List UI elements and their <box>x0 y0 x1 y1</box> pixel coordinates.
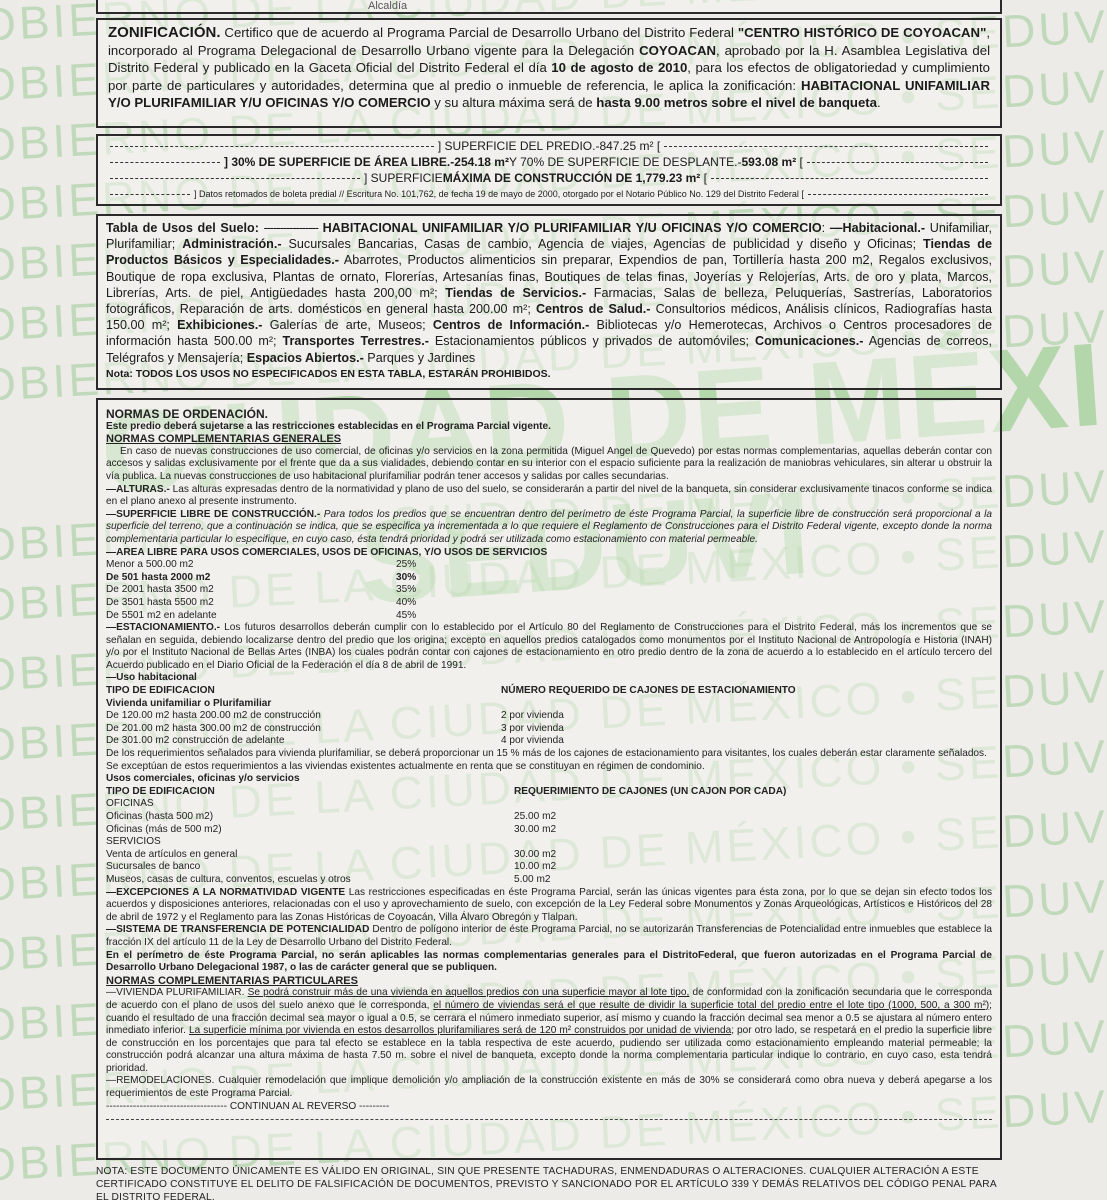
underlined-text: La superficie mínima por vivienda en est… <box>189 1025 731 1036</box>
excepciones-label: —EXCEPCIONES A LA NORMATIVIDAD VIGENTE <box>106 887 345 898</box>
superficie-predio-row: ] SUPERFICIE DEL PREDIO.- 847.25 m² [ <box>106 138 992 154</box>
libre-label: —SUPERFICIE LIBRE DE CONSTRUCCIÓN.- <box>106 509 320 520</box>
table-cell: 4 por vivienda <box>501 735 992 748</box>
comercial-table: OFICINASOficinas (hasta 500 m2)25.00 m2O… <box>106 798 992 886</box>
remod-label: —REMODELACIONES. <box>106 1075 214 1086</box>
table-cell: 3 por vivienda <box>501 723 992 736</box>
table-cell: 35% <box>396 584 992 597</box>
table-cell: De 501 hasta 2000 m2 <box>106 572 396 585</box>
text: . <box>877 95 881 110</box>
continue-label: CONTINUAN AL REVERSO <box>230 1101 356 1112</box>
table-cell: Oficinas (más de 500 m2) <box>106 824 514 837</box>
requerimiento-header: REQUERIMIENTO DE CAJONES (UN CAJON POR C… <box>514 786 992 799</box>
table-cell: De 120.00 m2 hasta 200.00 m2 de construc… <box>106 710 501 723</box>
table-cell: Sucursales de banco <box>106 861 514 874</box>
desplante-value: 593.08 m² <box>741 154 796 170</box>
delegacion-name: COYOACAN <box>639 43 716 58</box>
paragraph: De los requerimientos señalados para viv… <box>106 748 992 761</box>
uso-list: Parques y Jardines <box>364 351 475 365</box>
area-libre-row: ] 30% DE SUPERFICIE DE ÁREA LIBRE.- 254.… <box>106 154 992 170</box>
table-cell: Venta de artículos en general <box>106 849 514 862</box>
comercial-title: Usos comerciales, oficinas y/o servicios <box>106 773 992 786</box>
uso-category: —Habitacional.- <box>830 221 925 235</box>
vivienda-title: Vivienda unifamiliar o Plurifamiliar <box>106 698 992 711</box>
uso-habitacional: —Uso habitacional <box>106 672 992 685</box>
label: ] SUPERFICIE <box>364 170 443 186</box>
publication-date: 10 de agosto de 2010 <box>551 60 687 75</box>
text: Certifico que de acuerdo al Programa Par… <box>221 25 738 40</box>
vivienda-table: De 120.00 m2 hasta 200.00 m2 de construc… <box>106 710 992 748</box>
underlined-text: Se podrá construir más de una vivienda e… <box>248 987 690 998</box>
perimetro-paragraph: En el perímetro de éste Programa Parcial… <box>106 950 992 975</box>
usos-section: Tabla de Usos del Suelo: ---------------… <box>96 214 1002 390</box>
underlined-text: el número de viviendas será el que resul… <box>433 1000 989 1011</box>
zonificacion-section: ZONIFICACIÓN. Certifico que de acuerdo a… <box>96 18 1002 128</box>
table-cell: Oficinas (hasta 500 m2) <box>106 811 514 824</box>
table-cell: 25% <box>396 559 992 572</box>
datos-row: ] Datos retomados de boleta predial // E… <box>106 186 992 202</box>
table-cell: De 5501 m2 en adelante <box>106 610 396 623</box>
num-requerido-header: NÚMERO REQUERIDO DE CAJONES DE ESTACIONA… <box>501 685 992 698</box>
table-cell: De 201.00 m2 hasta 300.00 m2 de construc… <box>106 723 501 736</box>
table-cell: 2 por vivienda <box>501 710 992 723</box>
estac-label: —ESTACIONAMIENTO.- <box>106 622 220 633</box>
vivienda-header: TIPO DE EDIFICACION NÚMERO REQUERIDO DE … <box>106 685 992 698</box>
paragraph: Los futuros desarrollos deberán cumplir … <box>106 622 992 671</box>
construccion-max-row: ] SUPERFICIE MÁXIMA DE CONSTRUCCIÓN DE 1… <box>106 170 992 186</box>
transferencia-label: —SISTEMA DE TRANSFERENCIA DE POTENCIALID… <box>106 924 369 935</box>
table-cell: 30.00 m2 <box>514 849 992 862</box>
normas-section: NORMAS DE ORDENACIÓN. Este predio deberá… <box>96 398 1002 1160</box>
uso-category: Tiendas de Servicios.- <box>445 286 586 300</box>
paragraph: Cualquier remodelación que implique demo… <box>106 1075 992 1099</box>
area-libre-title: —AREA LIBRE PARA USOS COMERCIALES, USOS … <box>106 547 992 560</box>
normas-subtitle: Este predio deberá sujetarse a las restr… <box>106 421 992 434</box>
paragraph: Se exceptúan de estos requerimientos a l… <box>106 761 992 774</box>
uso-category: Centros de Salud.- <box>536 302 651 316</box>
construccion-max-value: MÁXIMA DE CONSTRUCCIÓN DE 1,779.23 m² <box>443 170 701 186</box>
table-cell: 40% <box>396 597 992 610</box>
uso-list: Estacionamientos públicos y privados de … <box>429 334 755 348</box>
superficies-section: ] SUPERFICIE DEL PREDIO.- 847.25 m² [ ] … <box>96 134 1002 206</box>
table-cell: 10.00 m2 <box>514 861 992 874</box>
alturas-label: —ALTURAS.- <box>106 484 170 495</box>
uso-category: Administración.- <box>182 237 281 251</box>
paragraph: Las alturas expresadas dentro de la norm… <box>106 484 992 508</box>
usos-nota: Nota: TODOS LOS USOS NO ESPECIFICADOS EN… <box>106 366 992 382</box>
superficie-predio-value: 847.25 m² <box>599 138 653 154</box>
tipo-edificacion-header: TIPO DE EDIFICACION <box>106 685 501 698</box>
text: y su altura máxima será de <box>431 95 597 110</box>
comercial-header: TIPO DE EDIFICACION REQUERIMIENTO DE CAJ… <box>106 786 992 799</box>
program-name: "CENTRO HISTÓRICO DE COYOACAN" <box>738 25 986 40</box>
table-cell <box>514 798 992 811</box>
table-cell <box>514 836 992 849</box>
header-box: Alcaldía <box>96 0 1002 14</box>
uso-list: Galerías de arte, Museos; <box>263 318 433 332</box>
usos-zoning: HABITACIONAL UNIFAMILIAR Y/O PLURIFAMILI… <box>323 221 822 235</box>
usos-body: —Habitacional.- Unifamiliar, Plurifamili… <box>106 221 992 365</box>
table-cell: De 2001 hasta 3500 m2 <box>106 584 396 597</box>
label: ] 30% DE SUPERFICIE DE ÁREA LIBRE.- <box>224 154 454 170</box>
particulares-title: NORMAS COMPLEMENTARIAS PARTICULARES <box>106 975 992 988</box>
alcaldia-label: Alcaldía <box>368 0 407 12</box>
table-cell: SERVICIOS <box>106 836 514 849</box>
table-cell: 25.00 m2 <box>514 811 992 824</box>
uso-category: Centros de Información.- <box>433 318 589 332</box>
table-cell: Menor a 500.00 m2 <box>106 559 396 572</box>
table-cell: Museos, casas de cultura, conventos, esc… <box>106 874 514 887</box>
uso-category: Comunicaciones.- <box>755 334 863 348</box>
normas-title: NORMAS DE ORDENACIÓN. <box>106 408 992 421</box>
table-cell: 30.00 m2 <box>514 824 992 837</box>
pluri-label: —VIVIENDA PLURIFAMILIAR. <box>106 987 244 998</box>
table-cell: De 301.00 m2 construcción de adelante <box>106 735 501 748</box>
area-libre-table: Menor a 500.00 m225%De 501 hasta 2000 m2… <box>106 559 992 622</box>
table-cell: 30% <box>396 572 992 585</box>
paragraph: En caso de nuevas construcciones de uso … <box>106 446 992 484</box>
table-cell: OFICINAS <box>106 798 514 811</box>
table-cell: De 3501 hasta 5500 m2 <box>106 597 396 610</box>
area-libre-value: 254.18 m² <box>454 154 509 170</box>
datos-text: ] Datos retomados de boleta predial // E… <box>194 186 799 202</box>
uso-list: Sucursales Bancarias, Casas de cambio, A… <box>282 237 923 251</box>
footer-nota: NOTA: ESTE DOCUMENTO ÚNICAMENTE ES VÁLID… <box>96 1165 1006 1200</box>
table-cell: 45% <box>396 610 992 623</box>
label: ] SUPERFICIE DEL PREDIO.- <box>438 138 600 154</box>
max-height-value: hasta 9.00 metros sobre el nivel de banq… <box>596 95 877 110</box>
uso-category: Transportes Terrestres.- <box>283 334 429 348</box>
uso-category: Exhibiciones.- <box>177 318 262 332</box>
table-cell: 5.00 m2 <box>514 874 992 887</box>
tipo-edificacion-header: TIPO DE EDIFICACION <box>106 786 514 799</box>
usos-title: Tabla de Usos del Suelo: <box>106 221 259 235</box>
label: Y 70% DE SUPERFICIE DE DESPLANTE.- <box>509 154 742 170</box>
generales-title: NORMAS COMPLEMENTARIAS GENERALES <box>106 433 992 446</box>
uso-category: Espacios Abiertos.- <box>247 351 364 365</box>
zonificacion-label: ZONIFICACIÓN. <box>108 24 221 41</box>
